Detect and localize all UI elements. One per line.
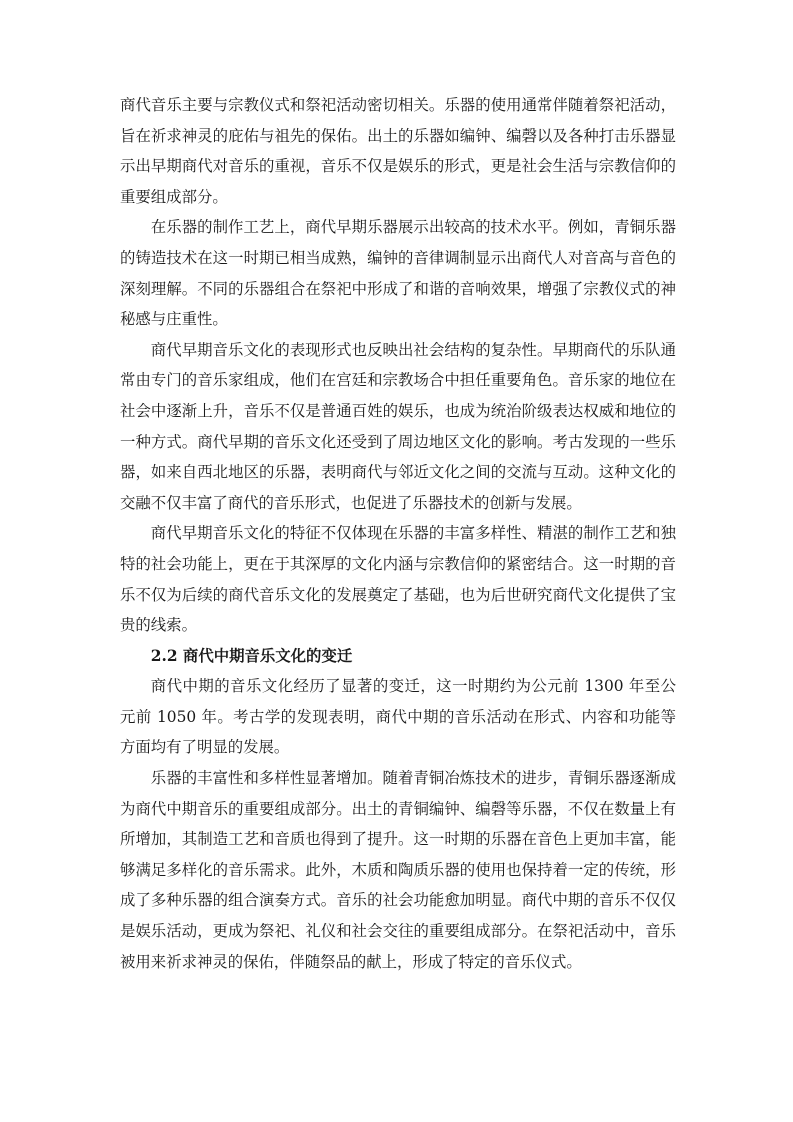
document-page: 商代音乐主要与宗教仪式和祭祀活动密切相关。乐器的使用通常伴随着祭祀活动，旨在祈求… bbox=[120, 90, 676, 977]
paragraph-social-structure: 商代早期音乐文化的表现形式也反映出社会结构的复杂性。早期商代的乐队通常由专门的音… bbox=[120, 335, 676, 519]
paragraph-mid-shang-intro: 商代中期的音乐文化经历了显著的变迁，这一时期约为公元前 1300 年至公元前 1… bbox=[120, 671, 676, 763]
paragraph-summary: 商代早期音乐文化的特征不仅体现在乐器的丰富多样性、精湛的制作工艺和独特的社会功能… bbox=[120, 518, 676, 640]
paragraph-instruments-diversity: 乐器的丰富性和多样性显著增加。随着青铜冶炼技术的进步，青铜乐器逐渐成为商代中期音… bbox=[120, 763, 676, 977]
paragraph-crafting: 在乐器的制作工艺上，商代早期乐器展示出较高的技术水平。例如，青铜乐器的铸造技术在… bbox=[120, 212, 676, 334]
paragraph-continuation: 商代音乐主要与宗教仪式和祭祀活动密切相关。乐器的使用通常伴随着祭祀活动，旨在祈求… bbox=[120, 90, 676, 212]
section-heading: 2.2 商代中期音乐文化的变迁 bbox=[120, 641, 676, 672]
